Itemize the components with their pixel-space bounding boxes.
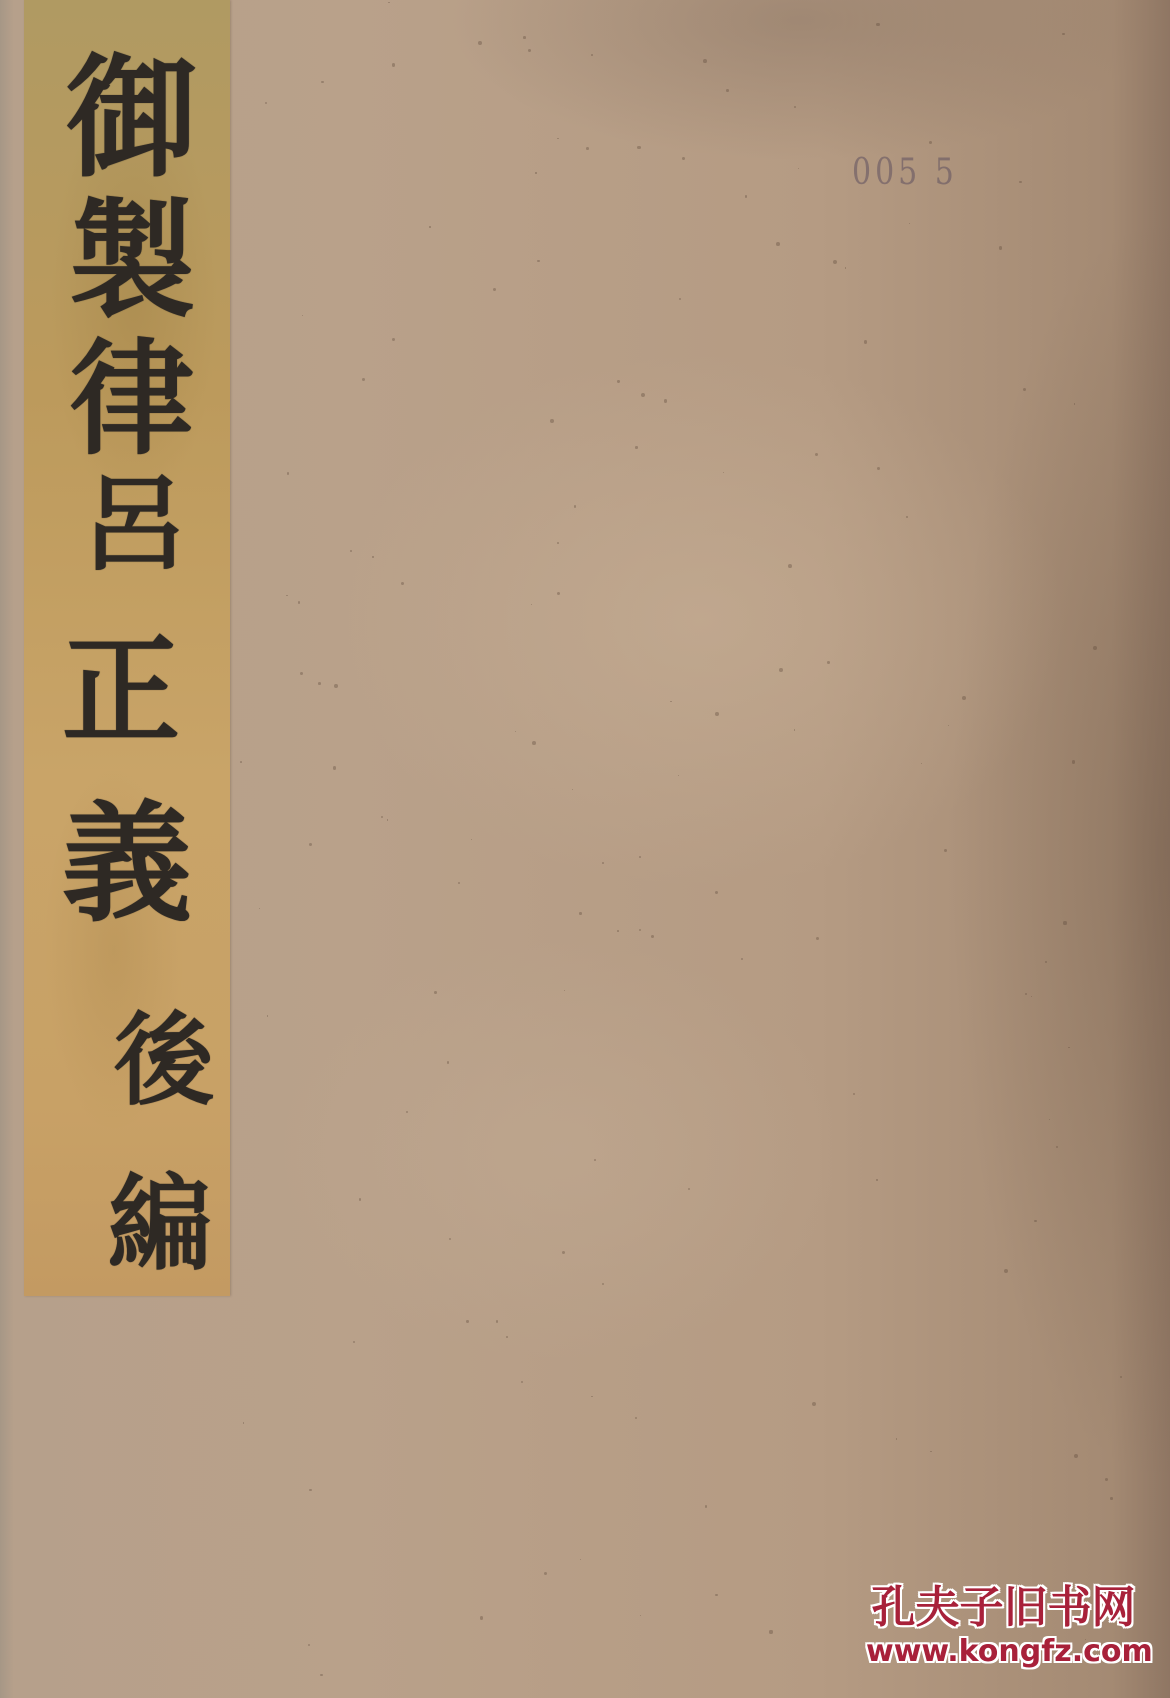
title-char-6: 義	[62, 760, 192, 947]
cover-left-edge	[0, 0, 14, 1698]
library-stamp: 005 5	[852, 152, 958, 194]
title-char-7: 後	[114, 980, 214, 1124]
title-char-4: 呂	[82, 440, 186, 590]
watermark: 孔夫子旧书网 www.kongfz.com	[866, 1582, 1141, 1670]
watermark-site-name: 孔夫子旧书网	[866, 1582, 1141, 1634]
title-char-8: 編	[108, 1140, 212, 1290]
title-char-5: 正	[62, 596, 180, 766]
watermark-url: www.kongfz.com	[866, 1634, 1141, 1670]
title-label-strip: 御 製 律 呂 正 義 後 編	[24, 0, 230, 1296]
title-text: 御 製 律 呂 正 義 後 編	[24, 0, 230, 1296]
